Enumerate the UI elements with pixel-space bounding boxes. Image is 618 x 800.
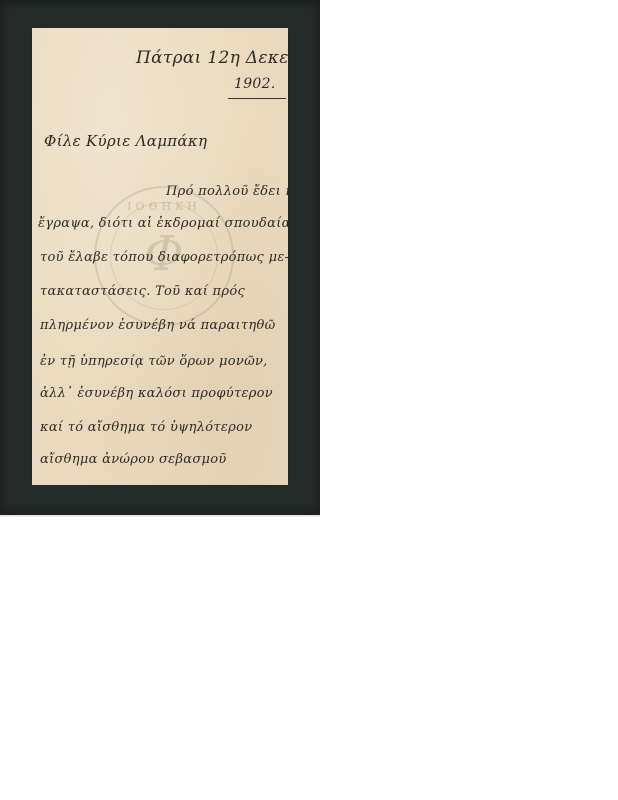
body-line: Πρό πολλοῦ ἔδει νά [166,184,288,199]
body-line: τακαταστάσεις. Τοῦ καί πρός [40,284,245,299]
place-date: Πάτραι 12η Δεκεμβ. [136,48,288,68]
document-scan-frame: ΙΟΘΗΚΗ Φ Πάτραι 12η Δεκεμβ. 1902. Φίλε Κ… [0,0,320,515]
body-line: πληρμένον ἐσυνέβη νά παραιτηθῶ [40,318,276,333]
body-line: ἔγραψα, διότι αἱ ἐκδρομαί σπουδαίας [38,216,288,231]
body-line: ἀλλ᾽ ἐσυνέβη καλόσι προφύτερον [40,386,273,401]
year-underline [228,98,286,99]
letter-paper: ΙΟΘΗΚΗ Φ Πάτραι 12η Δεκεμβ. 1902. Φίλε Κ… [32,28,288,485]
body-line: αἴσθημα ἀνώρου σεβασμοῦ [40,452,227,467]
body-line: ἐν τῇ ὑπηρεσίᾳ τῶν ὅρων μονῶν, [40,354,268,369]
salutation: Φίλε Κύριε Λαμπάκη [44,132,207,150]
stamp-ring-text: ΙΟΘΗΚΗ [96,200,232,213]
body-line: τοῦ ἔλαβε τόπου διαφορετρόπως με- [40,250,288,265]
year: 1902. [234,76,276,92]
body-line: καί τό αἴσθημα τό ὑψηλότερον [40,420,252,435]
